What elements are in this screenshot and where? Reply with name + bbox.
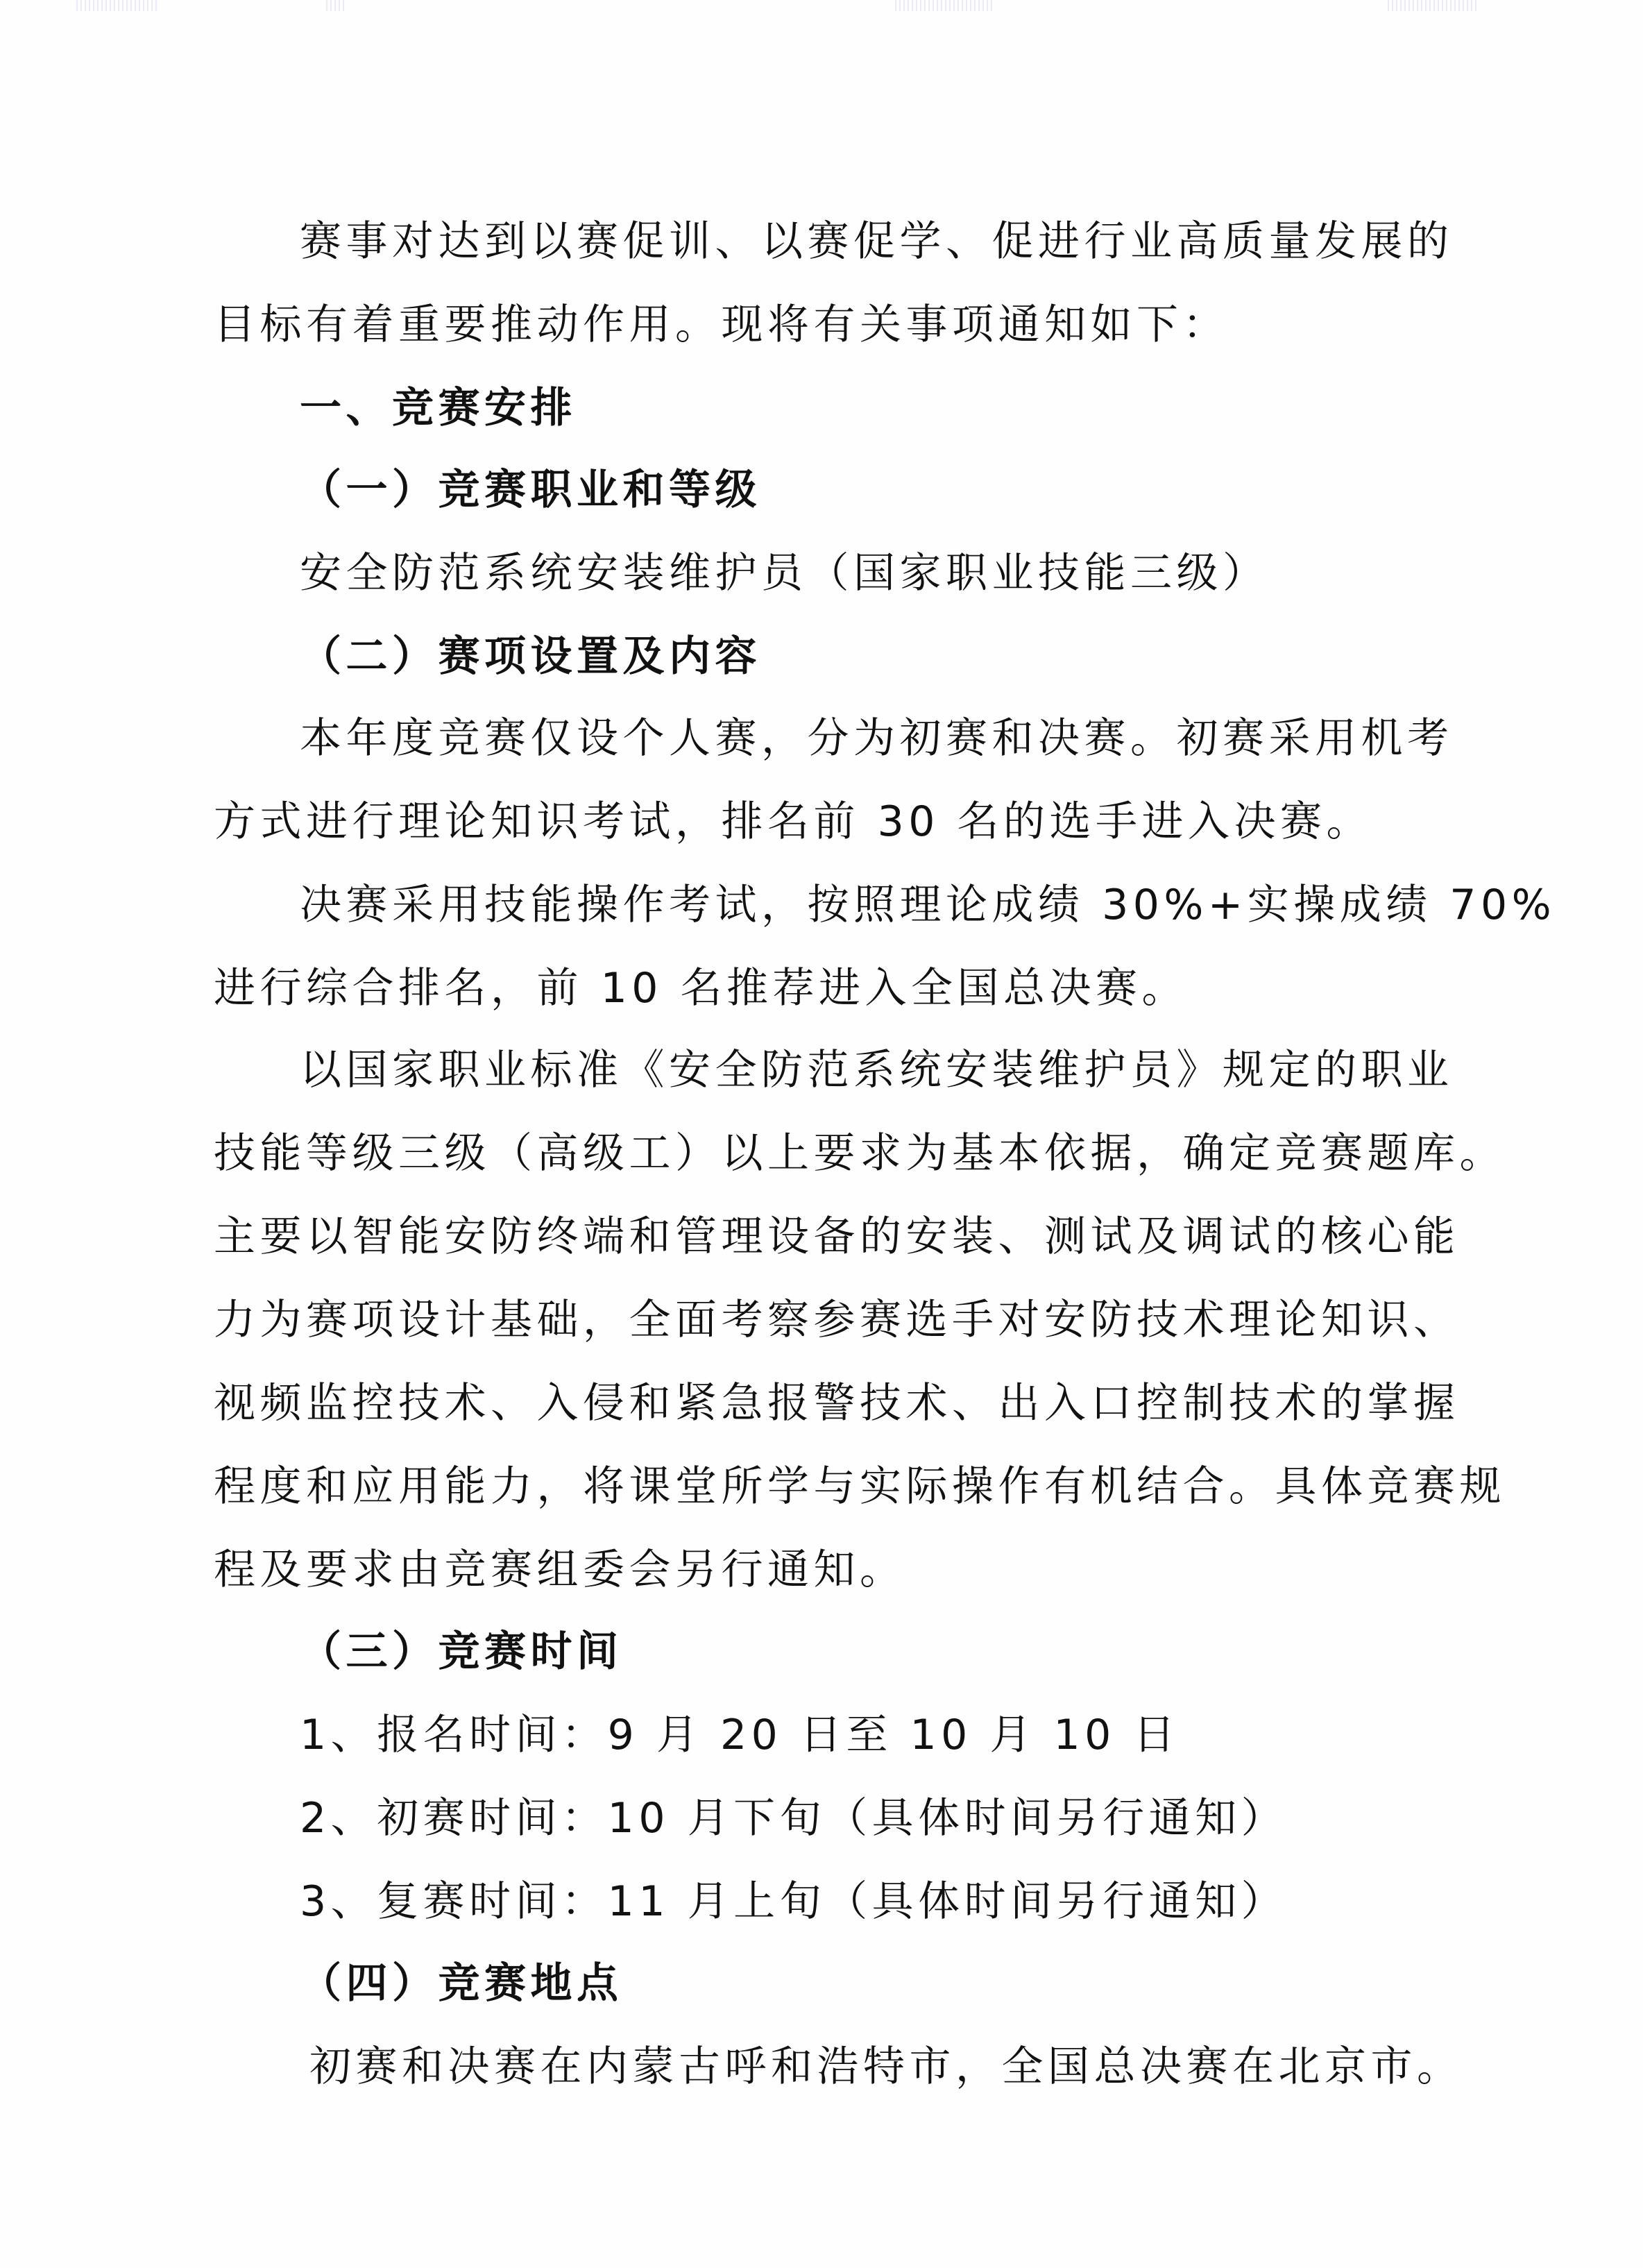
- document-page: 赛事对达到以赛促训、以赛促学、促进行业高质量发展的 目标有着重要推动作用。现将有…: [0, 0, 1643, 2268]
- scan-artifact: [76, 0, 160, 11]
- scan-artifact: [326, 0, 347, 11]
- paragraph-line: 安全防范系统安装维护员（国家职业技能三级）: [300, 545, 1521, 601]
- paragraph-line: 决赛采用技能操作考试，按照理论成绩 30%+实操成绩 70%: [300, 877, 1521, 933]
- subsection-heading: （二）赛项设置及内容: [300, 629, 1521, 684]
- paragraph-line: 程度和应用能力，将课堂所学与实际操作有机结合。具体竞赛规: [214, 1459, 1435, 1514]
- paragraph-line: 初赛和决赛在内蒙古呼和浩特市，全国总决赛在北京市。: [309, 2039, 1531, 2094]
- paragraph-line: 以国家职业标准《安全防范系统安装维护员》规定的职业: [300, 1042, 1521, 1098]
- paragraph-line: 程及要求由竞赛组委会另行通知。: [214, 1542, 1435, 1598]
- paragraph-line: 目标有着重要推动作用。现将有关事项通知如下：: [214, 297, 1435, 353]
- paragraph-line: 本年度竞赛仅设个人赛，分为初赛和决赛。初赛采用机考: [300, 711, 1521, 766]
- paragraph-line: 方式进行理论知识考试，排名前 30 名的选手进入决赛。: [214, 794, 1435, 849]
- subsection-heading: （一）竞赛职业和等级: [300, 462, 1521, 518]
- paragraph-line: 技能等级三级（高级工）以上要求为基本依据，确定竞赛题库。: [214, 1126, 1435, 1181]
- scan-artifact: [1388, 0, 1478, 11]
- paragraph-line: 主要以智能安防终端和管理设备的安装、测试及调试的核心能: [214, 1209, 1435, 1264]
- subsection-heading: （四）竞赛地点: [300, 1956, 1521, 2011]
- paragraph-line: 力为赛项设计基础，全面考察参赛选手对安防技术理论知识、: [214, 1292, 1435, 1348]
- list-item: 2、初赛时间：10 月下旬（具体时间另行通知）: [300, 1791, 1521, 1846]
- list-item: 3、复赛时间：11 月上旬（具体时间另行通知）: [300, 1874, 1521, 1929]
- subsection-heading: （三）竞赛时间: [300, 1624, 1521, 1679]
- paragraph-line: 视频监控技术、入侵和紧急报警技术、出入口控制技术的掌握: [214, 1376, 1435, 1431]
- section-heading: 一、竞赛安排: [300, 380, 1521, 436]
- list-item: 1、报名时间：9 月 20 日至 10 月 10 日: [300, 1707, 1521, 1763]
- paragraph-line: 赛事对达到以赛促训、以赛促学、促进行业高质量发展的: [300, 214, 1521, 269]
- scan-artifact: [895, 0, 992, 11]
- paragraph-line: 进行综合排名，前 10 名推荐进入全国总决赛。: [214, 960, 1435, 1016]
